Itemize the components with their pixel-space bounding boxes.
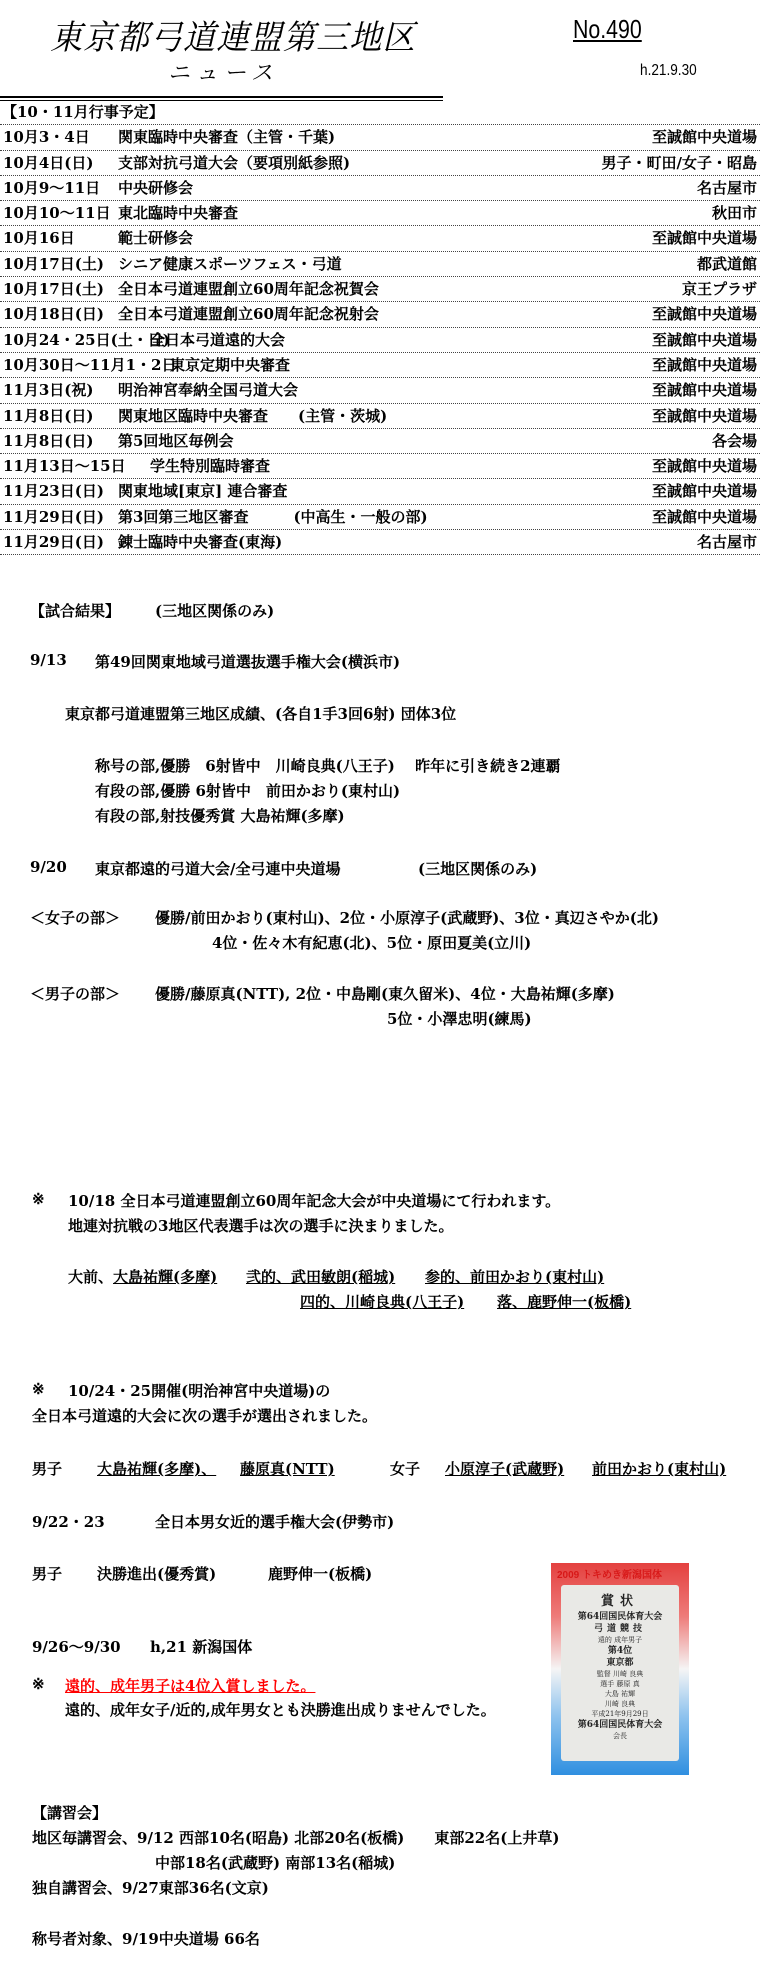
certificate-signature: 会長 (561, 1731, 679, 1741)
table-row: 11月29日(日)第3回第三地区審査 (中高生・一般の部)至誠館中央道場 (0, 505, 760, 530)
event4-date: 9/26～9/30 (32, 1636, 121, 1657)
table-row: 11月8日(日)関東地区臨時中央審査 (主管・茨城)至誠館中央道場 (0, 404, 760, 429)
row-venue: 至誠館中央道場 (652, 404, 757, 428)
table-row: 10月30日～11月1・2日東京定期中央審査至誠館中央道場 (0, 353, 760, 378)
row-event: 明治神宮奉納全国弓道大会 (118, 378, 298, 402)
notice1-prefix: 大前、 (68, 1266, 113, 1287)
table-row: 10月4日(日)支部対抗弓道大会（要項別紙参照)男子・町田/女子・昭島 (0, 151, 760, 176)
row-date: 10月17日(土) (3, 277, 104, 301)
results-heading-note: (三地区関係のみ) (155, 600, 274, 621)
notice2-line: 10/24・25開催(明治神宮中央道場)の (68, 1380, 330, 1401)
row-date: 10月17日(土) (3, 252, 104, 276)
event2-note: (三地区関係のみ) (418, 858, 537, 879)
row-venue: 都武道館 (697, 252, 757, 276)
seminar-heading: 【講習会】 (32, 1802, 107, 1823)
row-date: 10月18日(日) (3, 302, 104, 326)
row-event: 第5回地区毎例会 (118, 429, 233, 453)
certificate-date: 平成21年9月29日 (561, 1709, 679, 1719)
event2-date: 9/20 (30, 858, 67, 876)
seminar-line: 称号者対象、9/19中央道場 66名 (32, 1928, 260, 1949)
row-venue: 至誠館中央道場 (652, 378, 757, 402)
event1-date: 9/13 (30, 651, 67, 669)
reference-mark: ※ (32, 1675, 45, 1693)
row-venue: 男子・町田/女子・昭島 (602, 151, 757, 175)
certificate-member: 大島 祐輝 (561, 1689, 679, 1699)
table-row: 10月16日範士研修会至誠館中央道場 (0, 226, 760, 251)
certificate-rank: 第4位 (561, 1645, 679, 1657)
reference-mark: ※ (32, 1190, 45, 1208)
player-name: 藤原真(NTT) (240, 1458, 335, 1479)
row-venue: 至誠館中央道場 (652, 454, 757, 478)
highlight-result: 遠的、成年男子は4位入賞しました。 (65, 1675, 315, 1696)
row-venue: 至誠館中央道場 (652, 125, 757, 149)
seminar-line: 地区毎講習会、9/12 西部10名(昭島) 北部20名(板橋) 東部22名(上井… (32, 1827, 559, 1848)
player-name: 大島祐輝(多摩)、 (97, 1458, 216, 1479)
issue-date: h.21.9.30 (640, 62, 697, 80)
certificate-issuer: 第64回国民体育大会 (561, 1719, 679, 1731)
row-event: シニア健康スポーツフェス・弓道 (118, 252, 342, 276)
table-row: 11月23日(日)関東地域[東京] 連合審査至誠館中央道場 (0, 479, 760, 504)
notice2-line: 全日本弓道遠的大会に次の選手が選出されました。 (32, 1405, 377, 1426)
reference-mark: ※ (32, 1380, 45, 1398)
certificate-banner: 2009 トキめき新潟国体 (557, 1566, 662, 1581)
event4-line: 遠的、成年女子/近的,成年男女とも決勝進出成りませんでした。 (65, 1699, 496, 1720)
row-venue: 秋田市 (712, 201, 757, 225)
newsletter-subtitle: ニュース (168, 56, 279, 87)
row-event: 第3回第三地区審査 (中高生・一般の部) (118, 505, 428, 529)
certificate-photo: 2009 トキめき新潟国体 賞状 第64回国民体育大会 弓道競技 遠的 成年男子… (551, 1563, 689, 1775)
table-row: 10月3・4日関東臨時中央審査（主管・千葉)至誠館中央道場 (0, 125, 760, 150)
row-venue: 至誠館中央道場 (652, 353, 757, 377)
row-venue: 名古屋市 (697, 530, 757, 554)
women-division-line: 優勝/前田かおり(東村山)、2位・小原淳子(武蔵野)、3位・真辺さやか(北) (155, 907, 659, 928)
player-name: 落、鹿野伸一(板橋) (497, 1291, 631, 1312)
men-division-line: 5位・小澤忠明(練馬) (387, 1008, 532, 1029)
event3-label: 男子 (32, 1563, 62, 1584)
row-date: 11月23日(日) (3, 479, 104, 503)
row-event: 範士研修会 (118, 226, 193, 250)
event4-name: h,21 新潟国体 (150, 1636, 252, 1657)
row-event: 全日本弓道遠的大会 (150, 328, 285, 352)
seminar-line: 中部18名(武蔵野) 南部13名(稲城) (155, 1852, 395, 1873)
table-row: 10月24・25日(土・日)全日本弓道遠的大会至誠館中央道場 (0, 328, 760, 353)
row-venue: 至誠館中央道場 (652, 505, 757, 529)
event3-result: 決勝進出(優秀賞) (97, 1563, 216, 1584)
row-date: 10月4日(日) (3, 151, 94, 175)
player-name: 小原淳子(武蔵野) (445, 1458, 564, 1479)
row-event: 支部対抗弓道大会（要項別紙参照) (118, 151, 350, 175)
event1-name: 第49回関東地域弓道選抜選手権大会(横浜市) (95, 651, 400, 672)
table-row: 10月10～11日東北臨時中央審査秋田市 (0, 201, 760, 226)
row-venue: 名古屋市 (697, 176, 757, 200)
certificate-sport: 弓道競技 (561, 1623, 679, 1635)
schedule-table: 【10・11月行事予定】 10月3・4日関東臨時中央審査（主管・千葉)至誠館中央… (0, 100, 760, 555)
notice1-line: 10/18 全日本弓道連盟創立60周年記念大会が中央道場にて行われます。 (68, 1190, 560, 1211)
row-event: 全日本弓道連盟創立60周年記念祝賀会 (118, 277, 379, 301)
table-row: 10月18日(日)全日本弓道連盟創立60周年記念祝射会至誠館中央道場 (0, 302, 760, 327)
player-name: 四的、川崎良典(八王子) (300, 1291, 464, 1312)
row-date: 10月3・4日 (3, 125, 90, 149)
row-venue: 各会場 (712, 429, 757, 453)
event3-date: 9/22・23 (32, 1511, 105, 1532)
row-event: 関東地域[東京] 連合審査 (118, 479, 287, 503)
results-heading: 【試合結果】 (30, 600, 120, 621)
event2-name: 東京都遠的弓道大会/全弓連中央道場 (95, 858, 340, 879)
player-name: 大島祐輝(多摩) (113, 1266, 217, 1287)
player-name: 参的、前田かおり(東村山) (425, 1266, 604, 1287)
row-venue: 至誠館中央道場 (652, 328, 757, 352)
certificate-member: 川崎 良典 (561, 1699, 679, 1709)
men-division-line: 優勝/藤原真(NTT), 2位・中島剛(東久留米)、4位・大島祐輝(多摩) (155, 983, 615, 1004)
table-row: 10月9～11日中央研修会名古屋市 (0, 176, 760, 201)
event1-result-line: 称号の部,優勝 6射皆中 川崎良典(八王子) 昨年に引き続き2連覇 (95, 755, 561, 776)
table-row: 11月13日～15日学生特別臨時審査至誠館中央道場 (0, 454, 760, 479)
notice1-line: 地連対抗戦の3地区代表選手は次の選手に決まりました。 (68, 1215, 453, 1236)
women-label: 女子 (390, 1458, 420, 1479)
row-venue: 至誠館中央道場 (652, 226, 757, 250)
certificate-event: 第64回国民体育大会 (561, 1611, 679, 1623)
row-date: 11月29日(日) (3, 530, 104, 554)
row-venue: 至誠館中央道場 (652, 479, 757, 503)
event3-player: 鹿野伸一(板橋) (268, 1563, 372, 1584)
table-row: 11月8日(日)第5回地区毎例会各会場 (0, 429, 760, 454)
seminar-line: 独自講習会、9/27東部36名(文京) (32, 1877, 269, 1898)
row-date: 11月29日(日) (3, 505, 104, 529)
row-event: 関東臨時中央審査（主管・千葉) (118, 125, 335, 149)
event3-name: 全日本男女近的選手権大会(伊勢市) (155, 1511, 394, 1532)
certificate-team: 東京都 (561, 1657, 679, 1669)
player-name: 弐的、武田敏朗(稲城) (246, 1266, 395, 1287)
row-date: 10月9～11日 (3, 176, 100, 200)
women-division-label: ＜女子の部＞ (30, 907, 120, 928)
certificate-category: 遠的 成年男子 (561, 1635, 679, 1645)
event1-result-line: 有段の部,射技優秀賞 大島祐輝(多摩) (95, 805, 345, 826)
row-event: 関東地区臨時中央審査 (主管・茨城) (118, 404, 387, 428)
row-date: 11月8日(日) (3, 429, 94, 453)
row-event: 中央研修会 (118, 176, 193, 200)
row-venue: 至誠館中央道場 (652, 302, 757, 326)
row-event: 全日本弓道連盟創立60周年記念祝射会 (118, 302, 379, 326)
row-date: 11月13日～15日 (3, 454, 126, 478)
row-date: 10月30日～11月1・2日 (3, 353, 177, 377)
men-division-label: ＜男子の部＞ (30, 983, 120, 1004)
row-event: 東京定期中央審査 (170, 353, 290, 377)
women-division-line: 4位・佐々木有紀恵(北)、5位・原田夏美(立川) (212, 932, 531, 953)
table-row: 11月3日(祝)明治神宮奉納全国弓道大会至誠館中央道場 (0, 378, 760, 403)
row-venue: 京王プラザ (682, 277, 757, 301)
schedule-heading: 【10・11月行事予定】 (0, 100, 760, 125)
table-row: 10月17日(土)全日本弓道連盟創立60周年記念祝賀会京王プラザ (0, 277, 760, 302)
row-event: 東北臨時中央審査 (118, 201, 238, 225)
certificate-member: 監督 川崎 良典 (561, 1669, 679, 1679)
row-date: 11月3日(祝) (3, 378, 94, 402)
row-date: 10月10～11日 (3, 201, 111, 225)
newsletter-title: 東京都弓道連盟第三地区 (50, 10, 416, 59)
row-date: 10月24・25日(土・日) (3, 328, 170, 352)
table-row: 11月29日(日)錬士臨時中央審査(東海)名古屋市 (0, 530, 760, 555)
men-label: 男子 (32, 1458, 62, 1479)
issue-number: No.490 (573, 14, 642, 45)
player-name: 前田かおり(東村山) (592, 1458, 726, 1479)
row-date: 11月8日(日) (3, 404, 94, 428)
row-event: 学生特別臨時審査 (150, 454, 270, 478)
certificate-body: 賞状 第64回国民体育大会 弓道競技 遠的 成年男子 第4位 東京都 監督 川崎… (561, 1585, 679, 1761)
event1-summary: 東京都弓道連盟第三地区成績、(各自1手3回6射) 団体3位 (65, 703, 456, 724)
certificate-member: 選手 藤原 真 (561, 1679, 679, 1689)
certificate-title: 賞状 (561, 1593, 679, 1611)
event1-result-line: 有段の部,優勝 6射皆中 前田かおり(東村山) (95, 780, 400, 801)
table-row: 10月17日(土)シニア健康スポーツフェス・弓道都武道館 (0, 252, 760, 277)
row-event: 錬士臨時中央審査(東海) (118, 530, 282, 554)
row-date: 10月16日 (3, 226, 75, 250)
